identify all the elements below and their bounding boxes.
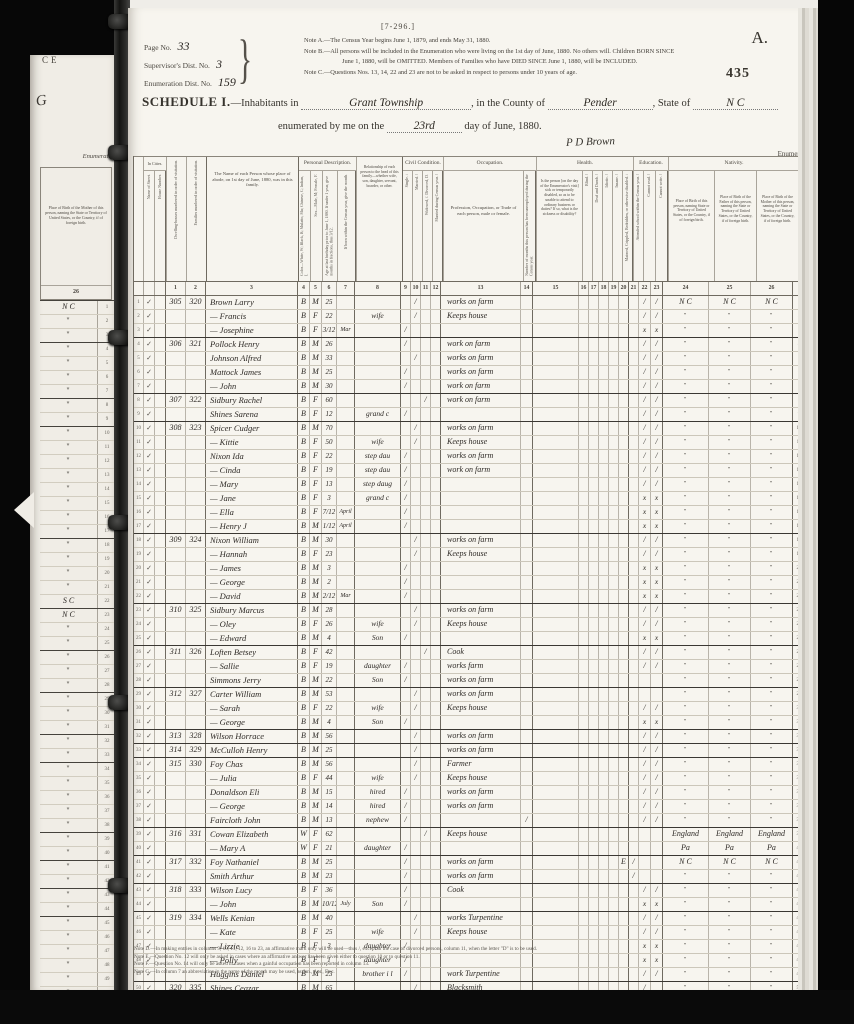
cell-widowed <box>421 534 431 547</box>
cell-married: / <box>411 772 421 785</box>
cell-name: — Julia <box>206 772 298 785</box>
cell-blank <box>589 338 599 351</box>
cell-month <box>337 912 355 925</box>
cell-blank <box>431 604 441 617</box>
verso-row: "15 <box>40 496 118 510</box>
cell-cannot_read: / <box>639 604 651 617</box>
state-value: N C <box>693 97 778 110</box>
cell-blank <box>609 478 619 491</box>
table-row: 17✓— Henry JBM1/12April/xx"""17 <box>134 519 812 533</box>
cell-birthplace: " <box>663 436 709 449</box>
cell-occupation: works on farm <box>441 786 521 799</box>
column-number <box>155 282 166 295</box>
cell-blank <box>431 674 441 687</box>
cell-blank <box>155 478 166 491</box>
cell-single: / <box>401 660 411 673</box>
cell-mother_birthplace: " <box>751 926 793 939</box>
verso-row: "10 <box>40 426 118 440</box>
cell-name: — Oley <box>206 618 298 631</box>
brace-glyph: } <box>238 28 252 90</box>
table-row: 46✓— KateBF25wife/Keeps house//"""46 <box>134 925 812 939</box>
cell-single <box>401 702 411 715</box>
cell-blank <box>589 870 599 883</box>
cell-birthplace: " <box>663 814 709 827</box>
cell-blank <box>155 324 166 337</box>
cell-age: 2 <box>322 576 337 589</box>
verso-value: " <box>40 581 98 594</box>
cell-sex: M <box>310 604 322 617</box>
cell-cannot_read: / <box>639 534 651 547</box>
cell-blank <box>431 464 441 477</box>
cell-blank <box>431 730 441 743</box>
cell-blank <box>579 646 589 659</box>
cell-blank <box>533 856 579 869</box>
cell-father_birthplace: " <box>709 478 751 491</box>
cell-age: 3 <box>322 492 337 505</box>
cell-single: / <box>401 562 411 575</box>
cell-dwelling <box>166 716 186 729</box>
cell-blank <box>431 828 441 841</box>
cell-occupation <box>441 716 521 729</box>
occupation-title: Occupation. <box>444 157 536 171</box>
verso-value: " <box>40 441 98 454</box>
verso-row: "40 <box>40 846 118 860</box>
cell-blank <box>579 408 589 421</box>
cell-dwelling <box>166 898 186 911</box>
footer-notes: Note D.—In making entries in columns 9, … <box>134 946 810 976</box>
cell-unemployed <box>521 394 533 407</box>
cell-blank <box>609 422 619 435</box>
cell-mother_birthplace: " <box>751 758 793 771</box>
cell-occupation: work on farm <box>441 338 521 351</box>
cell-school <box>629 912 639 925</box>
cell-mother_birthplace: " <box>751 730 793 743</box>
cell-family: 329 <box>186 744 206 757</box>
cell-age: 25 <box>322 856 337 869</box>
cell-name: — Hannah <box>206 548 298 561</box>
cell-blank <box>533 380 579 393</box>
cell-check: ✓ <box>144 562 155 575</box>
cell-mother_birthplace: N C <box>751 856 793 869</box>
cell-blank <box>155 310 166 323</box>
cell-month <box>337 688 355 701</box>
cell-line-number: 35 <box>134 772 144 785</box>
cell-birthplace: " <box>663 688 709 701</box>
cell-mother_birthplace: " <box>751 912 793 925</box>
cell-occupation <box>441 520 521 533</box>
cell-age: 10/12 <box>322 898 337 911</box>
cell-age: 25 <box>322 744 337 757</box>
cell-blank <box>533 562 579 575</box>
cell-blank <box>579 786 589 799</box>
cell-blank <box>599 562 609 575</box>
cell-school <box>629 520 639 533</box>
cell-cannot_read: / <box>639 296 651 309</box>
cell-blank <box>533 632 579 645</box>
cell-unemployed <box>521 772 533 785</box>
cell-month <box>337 366 355 379</box>
cell-color: B <box>298 310 310 323</box>
cell-dwelling <box>166 772 186 785</box>
cell-dwelling: 313 <box>166 730 186 743</box>
verso-value: " <box>40 875 98 888</box>
cell-blank <box>599 338 609 351</box>
cell-blank <box>431 618 441 631</box>
cell-blank <box>155 618 166 631</box>
cell-sex: M <box>310 814 322 827</box>
col-header-sex: Sex—Male, M; Female, F. <box>311 171 323 281</box>
cell-blank <box>431 366 441 379</box>
cell-blank <box>533 758 579 771</box>
cell-name: — Cinda <box>206 464 298 477</box>
cell-blank <box>579 548 589 561</box>
cell-single <box>401 534 411 547</box>
cell-blank <box>579 310 589 323</box>
cell-check: ✓ <box>144 436 155 449</box>
verso-row: "31 <box>40 720 118 734</box>
cell-name: — Sallie <box>206 660 298 673</box>
cell-father_birthplace: N C <box>709 856 751 869</box>
cell-line-number: 8 <box>134 394 144 407</box>
cell-blank <box>579 926 589 939</box>
cell-age: 62 <box>322 828 337 841</box>
cell-blank <box>155 562 166 575</box>
cell-month <box>337 604 355 617</box>
cell-school <box>629 590 639 603</box>
cell-color: B <box>298 702 310 715</box>
cell-line-number: 37 <box>134 800 144 813</box>
cell-sex: F <box>310 506 322 519</box>
cell-cannot_read: / <box>639 380 651 393</box>
verso-value: " <box>40 749 98 762</box>
cell-blank <box>609 604 619 617</box>
cell-dwelling <box>166 548 186 561</box>
cell-blank <box>589 912 599 925</box>
note-a: Note A.—The Census Year begins June 1, 1… <box>304 36 744 47</box>
scan-corner-top-left <box>30 0 118 55</box>
cell-color: B <box>298 380 310 393</box>
cell-dwelling <box>166 576 186 589</box>
cell-blank <box>609 800 619 813</box>
cell-unemployed <box>521 324 533 337</box>
cell-line-number: 25 <box>134 632 144 645</box>
cell-single <box>401 310 411 323</box>
cell-unemployed <box>521 842 533 855</box>
cell-blank <box>155 800 166 813</box>
column-number: 14 <box>521 282 533 295</box>
date-rest: day of June, 1880. <box>464 121 541 132</box>
cell-blank <box>431 352 441 365</box>
cell-cannot_write: / <box>651 548 663 561</box>
cell-color: B <box>298 576 310 589</box>
cell-occupation <box>441 842 521 855</box>
cell-relationship <box>355 324 401 337</box>
cell-unemployed <box>521 380 533 393</box>
cell-single <box>401 296 411 309</box>
cell-relationship <box>355 730 401 743</box>
table-row: 14✓— MaryBF13step daug///"""14 <box>134 477 812 491</box>
cell-single: / <box>401 842 411 855</box>
cell-blank <box>155 898 166 911</box>
cell-school <box>629 506 639 519</box>
cell-blank <box>533 702 579 715</box>
col-header-married: Married. / <box>413 171 423 281</box>
cell-birthplace: " <box>663 394 709 407</box>
cell-married <box>411 492 421 505</box>
cell-dwelling <box>166 786 186 799</box>
cell-maimed <box>619 436 629 449</box>
cell-blank <box>609 744 619 757</box>
cell-color: B <box>298 786 310 799</box>
cell-school <box>629 688 639 701</box>
cell-married: / <box>411 534 421 547</box>
cell-month: Mar <box>337 590 355 603</box>
cell-married: / <box>411 352 421 365</box>
cell-maimed <box>619 912 629 925</box>
cell-single <box>401 394 411 407</box>
cell-check: ✓ <box>144 856 155 869</box>
cell-maimed <box>619 898 629 911</box>
column-number: 7 <box>337 282 355 295</box>
cell-dwelling: 312 <box>166 688 186 701</box>
verso-row: "48 <box>40 958 118 972</box>
cell-occupation <box>441 576 521 589</box>
cell-birthplace: " <box>663 450 709 463</box>
cell-check: ✓ <box>144 898 155 911</box>
verso-row: "47 <box>40 944 118 958</box>
cell-name: Mattock James <box>206 366 298 379</box>
cell-mother_birthplace: " <box>751 492 793 505</box>
cell-birthplace: " <box>663 646 709 659</box>
cell-cannot_read: / <box>639 730 651 743</box>
cell-blank <box>579 338 589 351</box>
cell-relationship <box>355 548 401 561</box>
cell-month <box>337 856 355 869</box>
cell-cannot_read <box>639 870 651 883</box>
verso-value: " <box>40 357 98 370</box>
cell-blank <box>609 548 619 561</box>
cell-blank <box>609 856 619 869</box>
cell-blank <box>599 296 609 309</box>
cell-blank <box>155 772 166 785</box>
cell-blank <box>599 786 609 799</box>
cell-maimed <box>619 660 629 673</box>
cell-name: Pollock Henry <box>206 338 298 351</box>
cell-blank <box>431 380 441 393</box>
col-header-married-census-year: Married during Census year. / <box>433 171 443 281</box>
cell-birthplace: " <box>663 898 709 911</box>
cell-occupation: Keeps house <box>441 702 521 715</box>
cell-family: 327 <box>186 688 206 701</box>
cell-occupation: works on farm <box>441 856 521 869</box>
cell-relationship: daughter <box>355 842 401 855</box>
cell-blank <box>155 604 166 617</box>
cell-blank <box>431 492 441 505</box>
verso-row: "6 <box>40 370 118 384</box>
cell-name: Loften Betsey <box>206 646 298 659</box>
cell-cannot_write: / <box>651 352 663 365</box>
table-row: 40✓— Mary AWF21daughter/PaPaPa40 <box>134 841 812 855</box>
table-row: 10✓308323Spicer CudgerBM70/works on farm… <box>134 421 812 435</box>
cell-maimed <box>619 646 629 659</box>
cell-name: Spicer Cudger <box>206 422 298 435</box>
cell-widowed <box>421 716 431 729</box>
cell-unemployed <box>521 310 533 323</box>
cell-birthplace: Pa <box>663 842 709 855</box>
cell-cannot_write: / <box>651 534 663 547</box>
cell-father_birthplace: " <box>709 324 751 337</box>
cell-widowed <box>421 296 431 309</box>
table-row: 8✓307322Sidbury RachelBF60/work on farm/… <box>134 393 812 407</box>
cell-married: / <box>411 548 421 561</box>
cell-married <box>411 506 421 519</box>
cell-family <box>186 716 206 729</box>
cell-relationship <box>355 296 401 309</box>
cell-blank <box>609 520 619 533</box>
cell-cannot_write: / <box>651 366 663 379</box>
cell-cannot_read: x <box>639 492 651 505</box>
cell-married: / <box>411 912 421 925</box>
cell-sex: M <box>310 716 322 729</box>
cell-single: / <box>401 674 411 687</box>
cell-father_birthplace: " <box>709 730 751 743</box>
cell-cannot_read: / <box>639 478 651 491</box>
cell-relationship: hired <box>355 786 401 799</box>
cell-month <box>337 618 355 631</box>
cell-color: B <box>298 660 310 673</box>
cell-sex: F <box>310 548 322 561</box>
cell-blank <box>589 562 599 575</box>
cell-blank <box>589 702 599 715</box>
cell-single <box>401 604 411 617</box>
cell-blank <box>589 716 599 729</box>
cell-cannot_read: / <box>639 702 651 715</box>
enumeration-date-line: enumerated by me on the 23rd day of June… <box>278 120 542 133</box>
cell-color: B <box>298 422 310 435</box>
cell-dwelling <box>166 562 186 575</box>
cell-relationship: hired <box>355 800 401 813</box>
cell-unemployed <box>521 492 533 505</box>
cell-cannot_write: / <box>651 660 663 673</box>
cell-sex: F <box>310 310 322 323</box>
cell-cannot_write: / <box>651 912 663 925</box>
cell-cannot_write: / <box>651 730 663 743</box>
verso-value: " <box>40 413 98 426</box>
cell-blank <box>609 450 619 463</box>
cell-blank <box>533 814 579 827</box>
cell-school <box>629 842 639 855</box>
cell-occupation: Farmer <box>441 758 521 771</box>
cell-maimed <box>619 730 629 743</box>
cell-cannot_read: / <box>639 450 651 463</box>
cell-color: B <box>298 744 310 757</box>
cell-maimed <box>619 758 629 771</box>
cell-blank <box>589 450 599 463</box>
cell-month <box>337 310 355 323</box>
cell-color: B <box>298 716 310 729</box>
cell-check: ✓ <box>144 548 155 561</box>
col-header-cannot-write: Cannot write. / <box>656 171 668 281</box>
cell-color: B <box>298 562 310 575</box>
cell-school <box>629 562 639 575</box>
cell-check: ✓ <box>144 450 155 463</box>
table-row: 6✓Mattock JamesBM25/works on farm//"""6 <box>134 365 812 379</box>
cell-married <box>411 450 421 463</box>
table-row: 2✓— FrancisBF22wife/Keeps house//"""2 <box>134 309 812 323</box>
verso-value: S C <box>40 595 98 608</box>
verso-value: " <box>40 553 98 566</box>
cell-age: 23 <box>322 870 337 883</box>
cell-family <box>186 464 206 477</box>
cell-sex: F <box>310 394 322 407</box>
cell-birthplace: " <box>663 310 709 323</box>
cell-name: — John <box>206 380 298 393</box>
cell-age: 2/12 <box>322 590 337 603</box>
cell-sex: F <box>310 436 322 449</box>
cell-cannot_read: / <box>639 366 651 379</box>
verso-row: "5 <box>40 356 118 370</box>
cell-blank <box>579 380 589 393</box>
cell-name: Shines Sarena <box>206 408 298 421</box>
cell-blank <box>579 436 589 449</box>
cell-widowed <box>421 380 431 393</box>
cell-widowed: / <box>421 828 431 841</box>
cell-birthplace: " <box>663 380 709 393</box>
cell-father_birthplace: " <box>709 674 751 687</box>
cell-birthplace: " <box>663 926 709 939</box>
cell-blank <box>579 590 589 603</box>
cell-blank <box>579 492 589 505</box>
cell-cannot_read: x <box>639 562 651 575</box>
cell-sex: F <box>310 884 322 897</box>
table-row: 23✓310325Sidbury MarcusBM28/works on far… <box>134 603 812 617</box>
cell-unemployed <box>521 408 533 421</box>
verso-row: "45 <box>40 916 118 930</box>
cell-mother_birthplace: " <box>751 870 793 883</box>
cell-widowed <box>421 870 431 883</box>
cell-birthplace: " <box>663 492 709 505</box>
cell-married: / <box>411 688 421 701</box>
cell-cannot_write: x <box>651 492 663 505</box>
cell-blank <box>431 688 441 701</box>
verso-row: "41 <box>40 860 118 874</box>
cell-widowed <box>421 478 431 491</box>
table-row: 15✓— JaneBF3grand c/xx"""15 <box>134 491 812 505</box>
cell-father_birthplace: " <box>709 744 751 757</box>
cell-check: ✓ <box>144 730 155 743</box>
cell-month <box>337 436 355 449</box>
cell-blank <box>609 646 619 659</box>
verso-value: " <box>40 539 98 552</box>
cell-school <box>629 716 639 729</box>
verso-row: "9 <box>40 412 118 426</box>
cell-color: W <box>298 842 310 855</box>
cell-blank <box>431 324 441 337</box>
cell-blank <box>155 366 166 379</box>
cell-check: ✓ <box>144 394 155 407</box>
verso-value: " <box>40 889 98 902</box>
cell-blank <box>431 716 441 729</box>
cell-blank <box>155 464 166 477</box>
cell-school <box>629 702 639 715</box>
corner-letter: A. <box>751 28 768 48</box>
cell-name: — George <box>206 716 298 729</box>
cell-month: April <box>337 520 355 533</box>
cell-widowed <box>421 408 431 421</box>
cell-widowed <box>421 744 431 757</box>
cell-maimed <box>619 590 629 603</box>
cell-line-number: 5 <box>134 352 144 365</box>
